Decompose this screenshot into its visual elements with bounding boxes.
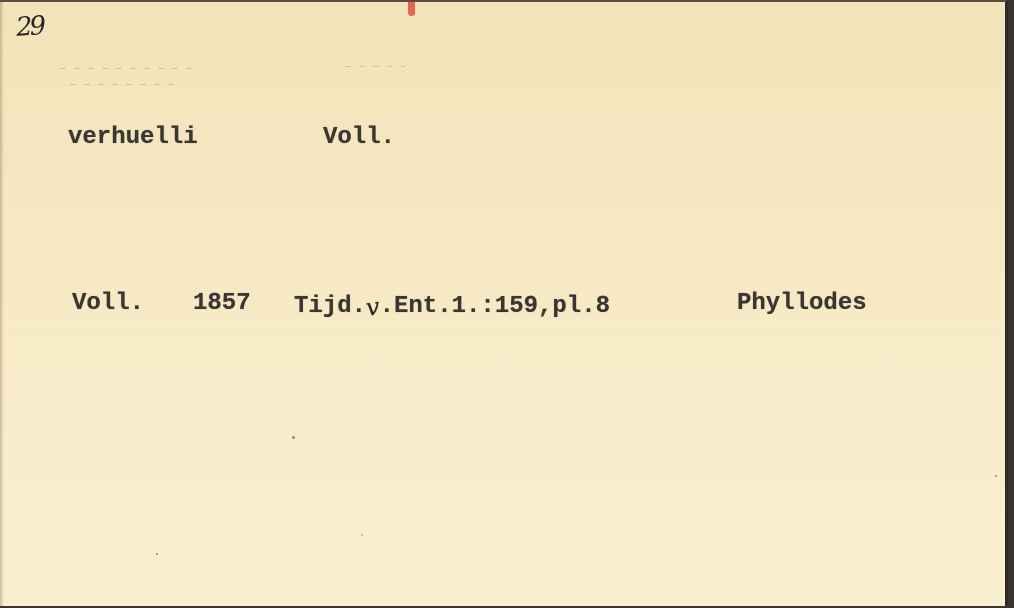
- journal-prefix: Tijd.: [294, 293, 366, 320]
- faint-erased-line: [60, 68, 200, 69]
- reference-author: Voll.: [72, 290, 144, 317]
- paper-speck: [361, 534, 363, 536]
- paper-speck: [995, 475, 997, 477]
- reference-citation: Tijd.v.Ent.1.:159,pl.8: [294, 290, 610, 320]
- red-tab-marker: [408, 2, 415, 16]
- faint-erased-line: [345, 66, 405, 67]
- paper-speck: [292, 436, 295, 439]
- card-number: 29: [15, 11, 44, 43]
- species-name: verhuelli: [68, 124, 198, 151]
- species-author: Voll.: [323, 124, 395, 151]
- paper-speck: [156, 553, 158, 555]
- faint-erased-line: [70, 84, 180, 85]
- reference-genus: Phyllodes: [737, 290, 867, 317]
- reference-year: 1857: [193, 290, 251, 317]
- journal-suffix: .Ent.1.:159,pl.8: [380, 293, 610, 320]
- index-card: 29 verhuelli Voll. Voll. 1857 Tijd.v.Ent…: [0, 0, 1008, 606]
